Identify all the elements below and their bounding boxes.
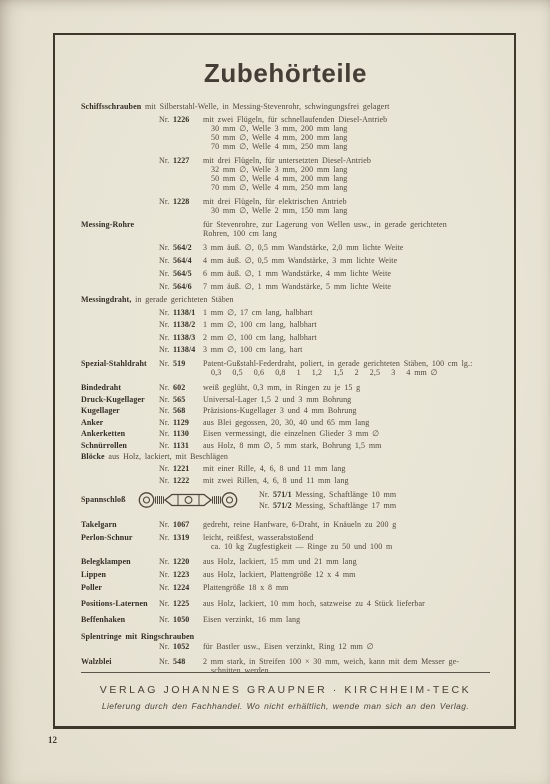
part-number-value: 1130 <box>173 429 189 438</box>
part-description: Präzisions-Kugellager 3 und 4 mm Bohrung <box>203 406 490 415</box>
part-description: mit zwei Rillen, 4, 6, 8 und 11 mm lang <box>203 476 490 485</box>
catalog-row-item: BindedrahtNr. 602weiß geglüht, 0,3 mm, i… <box>81 383 490 392</box>
description-line: 6 mm äuß. ∅, 1 mm Wandstärke, 4 mm licht… <box>203 269 490 278</box>
part-number: Nr. 564/4 <box>159 256 203 265</box>
page-title: Zubehörteile <box>81 59 490 89</box>
row-label: Bindedraht <box>81 383 159 392</box>
part-description: mit drei Flügeln, für elektrischen Antri… <box>203 197 490 215</box>
part-number-value: 548 <box>173 657 185 666</box>
row-label: Belegklampen <box>81 557 159 566</box>
part-description: weiß geglüht, 0,3 mm, in Ringen zu je 15… <box>203 383 490 392</box>
row-label: Walzblei <box>81 657 159 666</box>
part-number-value: 564/5 <box>173 269 192 278</box>
part-description: gedreht, reine Hanfware, 6-Draht, in Knä… <box>203 520 490 529</box>
description-line: Eisen verzinkt, 16 mm lang <box>203 615 490 624</box>
description-line: 3 mm äuß. ∅, 0,5 mm Wandstärke, 2,0 mm l… <box>203 243 490 252</box>
row-label: Messing-Rohre <box>81 220 159 229</box>
catalog-row-item: Perlon-SchnurNr. 1319leicht, reißfest, w… <box>81 533 490 551</box>
description-line: aus Holz, lackiert, 15 mm und 21 mm lang <box>203 557 490 566</box>
part-number-value: 1050 <box>173 615 189 624</box>
row-label: Spannschloß <box>81 495 138 504</box>
part-number: Nr. 1138/4 <box>159 345 203 354</box>
description-line: gedreht, reine Hanfware, 6-Draht, in Knä… <box>203 520 490 529</box>
description-line: Rohren, 100 cm lang <box>203 229 490 238</box>
description-line: Eisen vermessingt, die einzelnen Glieder… <box>203 429 490 438</box>
description-subline: 0,3 0,5 0,6 0,8 1 1,2 1,5 2 2,5 3 4 mm ∅ <box>203 368 490 377</box>
row-label: Schiffsschrauben <box>81 102 141 111</box>
description-line: 7 mm äuß. ∅, 1 mm Wandstärke, 5 mm licht… <box>203 282 490 291</box>
catalog-row-item: Nr. 1226mit zwei Flügeln, für schnellauf… <box>81 115 490 151</box>
publisher-line: VERLAG JOHANNES GRAUPNER · KIRCHHEIM-TEC… <box>81 684 490 696</box>
part-number: Nr. 1129 <box>159 418 203 427</box>
catalog-row-item: Nr. 1138/43 mm ∅, 100 cm lang, hart <box>81 345 490 354</box>
description-line: aus Holz, 8 mm ∅, 5 mm stark, Bohrung 1,… <box>203 441 490 450</box>
catalog-page: Zubehörteile Schiffsschrauben mit Silber… <box>0 0 550 784</box>
row-label: Anker <box>81 418 159 427</box>
part-number-value: 1067 <box>173 520 189 529</box>
part-description: 1 mm ∅, 100 cm lang, halbhart <box>203 320 490 329</box>
part-number-value: 1225 <box>173 599 189 608</box>
part-description: leicht, reißfest, wasserabstoßendca. 10 … <box>203 533 490 551</box>
row-label: Spezial-Stahldraht <box>81 359 159 368</box>
catalog-row-item: PollerNr. 1224Plattengröße 18 x 8 mm <box>81 583 490 592</box>
part-variant-line: Nr. 571/2 Messing, Schaftlänge 17 mm <box>259 501 396 510</box>
description-line: 1 mm ∅, 17 cm lang, halbhart <box>203 308 490 317</box>
catalog-row-item: Nr. 564/67 mm äuß. ∅, 1 mm Wandstärke, 5… <box>81 282 490 291</box>
catalog-row-item: Spezial-StahldrahtNr. 519Patent-Gußstahl… <box>81 359 490 377</box>
catalog-row-item: Nr. 1222mit zwei Rillen, 4, 6, 8 und 11 … <box>81 476 490 485</box>
row-label: Kugellager <box>81 406 159 415</box>
part-number-value: 1138/3 <box>173 333 195 342</box>
part-description: 7 mm äuß. ∅, 1 mm Wandstärke, 5 mm licht… <box>203 282 490 291</box>
part-number-value: 1052 <box>173 642 189 651</box>
part-number-value: 1223 <box>173 570 189 579</box>
row-label: Druck-Kugellager <box>81 395 159 404</box>
part-number: Nr. 1225 <box>159 599 203 608</box>
part-number: Nr. 1319 <box>159 533 203 542</box>
part-number: Nr. 564/2 <box>159 243 203 252</box>
part-number: Nr. 568 <box>159 406 203 415</box>
description-line: mit drei Flügeln, für untersetzten Diese… <box>203 156 490 165</box>
catalog-row-item: Messing-Rohrefür Stevenrohre, zur Lageru… <box>81 220 490 238</box>
part-number: Nr. 1221 <box>159 464 203 473</box>
description-line: Patent-Gußstahl-Federdraht, poliert, in … <box>203 359 490 368</box>
part-number: Nr. 1138/3 <box>159 333 203 342</box>
description-line: weiß geglüht, 0,3 mm, in Ringen zu je 15… <box>203 383 490 392</box>
description-subline: 32 mm ∅, Welle 3 mm, 200 mm lang <box>203 165 490 174</box>
part-description: 3 mm äuß. ∅, 0,5 mm Wandstärke, 2,0 mm l… <box>203 243 490 252</box>
part-number-value: 1319 <box>173 533 189 542</box>
row-label: Takelgarn <box>81 520 159 529</box>
part-description: aus Holz, lackiert, Plattengröße 12 x 4 … <box>203 570 490 579</box>
part-description: aus Holz, lackiert, 15 mm und 21 mm lang <box>203 557 490 566</box>
part-description: für Stevenrohre, zur Lagerung von Wellen… <box>203 220 490 238</box>
part-number: Nr. 1067 <box>159 520 203 529</box>
row-label: Messingdraht, <box>81 295 131 304</box>
part-number: Nr. 602 <box>159 383 203 392</box>
description-line: Präzisions-Kugellager 3 und 4 mm Bohrung <box>203 406 490 415</box>
catalog-row-item: Nr. 564/56 mm äuß. ∅, 1 mm Wandstärke, 4… <box>81 269 490 278</box>
part-number: Nr. 1227 <box>159 156 203 165</box>
description-line: mit zwei Rillen, 4, 6, 8 und 11 mm lang <box>203 476 490 485</box>
catalog-row-item: Druck-KugellagerNr. 565Universal-Lager 1… <box>81 395 490 404</box>
description-subline: 70 mm ∅, Welle 4 mm, 250 mm lang <box>203 142 490 151</box>
part-number: Nr. 1138/1 <box>159 308 203 317</box>
catalog-row-spannschloss: Spannschloß Nr. 571/1 Messing, Schaftlän… <box>81 486 490 514</box>
part-description: aus Holz, lackiert, 10 mm hoch, satzweis… <box>203 599 490 608</box>
catalog-row-item: Nr. 564/44 mm äuß. ∅, 0,5 mm Wandstärke,… <box>81 256 490 265</box>
part-description: Eisen verzinkt, 16 mm lang <box>203 615 490 624</box>
description-line: mit drei Flügeln, für elektrischen Antri… <box>203 197 490 206</box>
row-label: Ankerketten <box>81 429 159 438</box>
description-line: aus Holz, lackiert, 10 mm hoch, satzweis… <box>203 599 490 608</box>
part-number-value: 564/6 <box>173 282 192 291</box>
catalog-row-item: Nr. 1138/11 mm ∅, 17 cm lang, halbhart <box>81 308 490 317</box>
part-number: Nr. 1131 <box>159 441 203 450</box>
catalog-row-item: AnkerkettenNr. 1130Eisen vermessingt, di… <box>81 429 490 438</box>
row-label: Beffenhaken <box>81 615 159 624</box>
part-description: mit einer Rille, 4, 6, 8 und 11 mm lang <box>203 464 490 473</box>
catalog-row-item: Nr. 1138/21 mm ∅, 100 cm lang, halbhart <box>81 320 490 329</box>
description-line: 4 mm äuß. ∅, 0,5 mm Wandstärke, 3 mm lic… <box>203 256 490 265</box>
catalog-row-item: Nr. 1221mit einer Rille, 4, 6, 8 und 11 … <box>81 464 490 473</box>
catalog-row-item: Nr. 1052für Bastler usw., Eisen verzinkt… <box>81 642 490 651</box>
part-number-value: 1228 <box>173 197 189 206</box>
part-number-value: 1129 <box>173 418 189 427</box>
description-line: 2 mm ∅, 100 cm lang, halbhart <box>203 333 490 342</box>
part-number-value: 571/2 <box>273 501 292 510</box>
catalog-row-lead: Splentringe mit Ringschrauben <box>81 632 490 641</box>
part-description: 4 mm äuß. ∅, 0,5 mm Wandstärke, 3 mm lic… <box>203 256 490 265</box>
row-label: Poller <box>81 583 159 592</box>
catalog-row-item: Positions-LaternenNr. 1225aus Holz, lack… <box>81 599 490 608</box>
part-number: Nr. 1052 <box>159 642 203 651</box>
row-label: Blöcke <box>81 452 105 461</box>
part-number-value: 1224 <box>173 583 189 592</box>
part-description: aus Blei gegossen, 20, 30, 40 und 65 mm … <box>203 418 490 427</box>
part-number-value: 568 <box>173 406 185 415</box>
row-label: Schnürrollen <box>81 441 159 450</box>
part-description: 2 mm ∅, 100 cm lang, halbhart <box>203 333 490 342</box>
part-description: Universal-Lager 1,5 2 und 3 mm Bohrung <box>203 395 490 404</box>
description-subline: 30 mm ∅, Welle 3 mm, 200 mm lang <box>203 124 490 133</box>
part-number: Nr. 1130 <box>159 429 203 438</box>
part-number: Nr. 1222 <box>159 476 203 485</box>
part-number-value: 1138/1 <box>173 308 195 317</box>
description-line: 1 mm ∅, 100 cm lang, halbhart <box>203 320 490 329</box>
catalog-row-item: Nr. 564/23 mm äuß. ∅, 0,5 mm Wandstärke,… <box>81 243 490 252</box>
description-line: für Bastler usw., Eisen verzinkt, Ring 1… <box>203 642 490 651</box>
description-line: aus Blei gegossen, 20, 30, 40 und 65 mm … <box>203 418 490 427</box>
part-number-value: 571/1 <box>273 490 292 499</box>
description-subline: 30 mm ∅, Welle 2 mm, 150 mm lang <box>203 206 490 215</box>
catalog-rows: Schiffsschrauben mit Silberstahl-Welle, … <box>81 102 490 675</box>
description-line: Plattengröße 18 x 8 mm <box>203 583 490 592</box>
part-number-value: 565 <box>173 395 185 404</box>
catalog-row-item: AnkerNr. 1129aus Blei gegossen, 20, 30, … <box>81 418 490 427</box>
catalog-row-item: KugellagerNr. 568Präzisions-Kugellager 3… <box>81 406 490 415</box>
page-footer: VERLAG JOHANNES GRAUPNER · KIRCHHEIM-TEC… <box>81 672 490 711</box>
description-line: leicht, reißfest, wasserabstoßend <box>203 533 490 542</box>
part-number: Nr. 565 <box>159 395 203 404</box>
catalog-row-item: BeffenhakenNr. 1050Eisen verzinkt, 16 mm… <box>81 615 490 624</box>
spannschloss-turnbuckle-drawing <box>138 487 238 513</box>
description-line: Universal-Lager 1,5 2 und 3 mm Bohrung <box>203 395 490 404</box>
catalog-row-item: Nr. 1228mit drei Flügeln, für elektrisch… <box>81 197 490 215</box>
description-line: mit einer Rille, 4, 6, 8 und 11 mm lang <box>203 464 490 473</box>
part-number: Nr. 519 <box>159 359 203 368</box>
catalog-row-item: SchnürrollenNr. 1131aus Holz, 8 mm ∅, 5 … <box>81 441 490 450</box>
part-number-value: 1227 <box>173 156 189 165</box>
row-label: Splentringe mit Ringschrauben <box>81 632 194 641</box>
part-number-value: 1138/4 <box>173 345 195 354</box>
part-number: Nr. 1220 <box>159 557 203 566</box>
part-number-value: 1131 <box>173 441 189 450</box>
part-number-value: 1222 <box>173 476 189 485</box>
part-number: Nr. 1226 <box>159 115 203 124</box>
catalog-row-item: LippenNr. 1223aus Holz, lackiert, Platte… <box>81 570 490 579</box>
footer-note: Lieferung durch den Fachhandel. Wo nicht… <box>81 701 490 711</box>
part-description: 6 mm äuß. ∅, 1 mm Wandstärke, 4 mm licht… <box>203 269 490 278</box>
part-description: 1 mm ∅, 17 cm lang, halbhart <box>203 308 490 317</box>
description-line: für Stevenrohre, zur Lagerung von Wellen… <box>203 220 490 229</box>
catalog-row-lead: Schiffsschrauben mit Silberstahl-Welle, … <box>81 102 490 111</box>
row-label: Lippen <box>81 570 159 579</box>
description-line: mit zwei Flügeln, für schnellaufenden Di… <box>203 115 490 124</box>
description-subline: 50 mm ∅, Welle 4 mm, 200 mm lang <box>203 133 490 142</box>
description-line: 3 mm ∅, 100 cm lang, hart <box>203 345 490 354</box>
page-border-frame: Zubehörteile Schiffsschrauben mit Silber… <box>53 33 516 729</box>
part-variants: Nr. 571/1 Messing, Schaftlänge 10 mmNr. … <box>259 488 396 512</box>
part-number: Nr. 564/5 <box>159 269 203 278</box>
catalog-row-item: Nr. 1138/32 mm ∅, 100 cm lang, halbhart <box>81 333 490 342</box>
catalog-row-lead: Messingdraht, in gerade gerichteten Stäb… <box>81 295 490 304</box>
part-number: Nr. 1224 <box>159 583 203 592</box>
part-number: Nr. 1050 <box>159 615 203 624</box>
part-number-value: 1138/2 <box>173 320 195 329</box>
part-number-value: 602 <box>173 383 185 392</box>
description-line: aus Holz, lackiert, Plattengröße 12 x 4 … <box>203 570 490 579</box>
row-label: Positions-Laternen <box>81 599 159 608</box>
part-number-value: 1226 <box>173 115 189 124</box>
part-description: Patent-Gußstahl-Federdraht, poliert, in … <box>203 359 490 377</box>
part-number: Nr. 1228 <box>159 197 203 206</box>
catalog-row-item: Nr. 1227mit drei Flügeln, für untersetzt… <box>81 156 490 192</box>
part-number: Nr. 1138/2 <box>159 320 203 329</box>
catalog-row-item: BelegklampenNr. 1220aus Holz, lackiert, … <box>81 557 490 566</box>
part-number-value: 1221 <box>173 464 189 473</box>
part-number-value: 1220 <box>173 557 189 566</box>
part-variant-line: Nr. 571/1 Messing, Schaftlänge 10 mm <box>259 490 396 499</box>
part-description: mit drei Flügeln, für untersetzten Diese… <box>203 156 490 192</box>
part-number: Nr. 548 <box>159 657 203 666</box>
part-description: für Bastler usw., Eisen verzinkt, Ring 1… <box>203 642 490 651</box>
page-number: 12 <box>48 735 57 745</box>
part-number-value: 564/2 <box>173 243 192 252</box>
catalog-row-item: TakelgarnNr. 1067gedreht, reine Hanfware… <box>81 520 490 529</box>
row-label: Perlon-Schnur <box>81 533 159 542</box>
part-number: Nr. 1223 <box>159 570 203 579</box>
part-description: 3 mm ∅, 100 cm lang, hart <box>203 345 490 354</box>
description-subline: 70 mm ∅, Welle 4 mm, 250 mm lang <box>203 183 490 192</box>
description-subline: ca. 10 kg Zugfestigkeit — Ringe zu 50 un… <box>203 542 490 551</box>
description-subline: 50 mm ∅, Welle 4 mm, 200 mm lang <box>203 174 490 183</box>
part-number: Nr. 564/6 <box>159 282 203 291</box>
part-number-value: 564/4 <box>173 256 192 265</box>
part-description: Eisen vermessingt, die einzelnen Glieder… <box>203 429 490 438</box>
part-description: mit zwei Flügeln, für schnellaufenden Di… <box>203 115 490 151</box>
description-line: 2 mm stark, in Streifen 100 × 30 mm, wei… <box>203 657 490 666</box>
part-description: aus Holz, 8 mm ∅, 5 mm stark, Bohrung 1,… <box>203 441 490 450</box>
footer-divider <box>81 672 490 673</box>
part-description: Plattengröße 18 x 8 mm <box>203 583 490 592</box>
part-number-value: 519 <box>173 359 185 368</box>
catalog-row-lead: Blöcke aus Holz, lackiert, mit Beschläge… <box>81 452 490 461</box>
